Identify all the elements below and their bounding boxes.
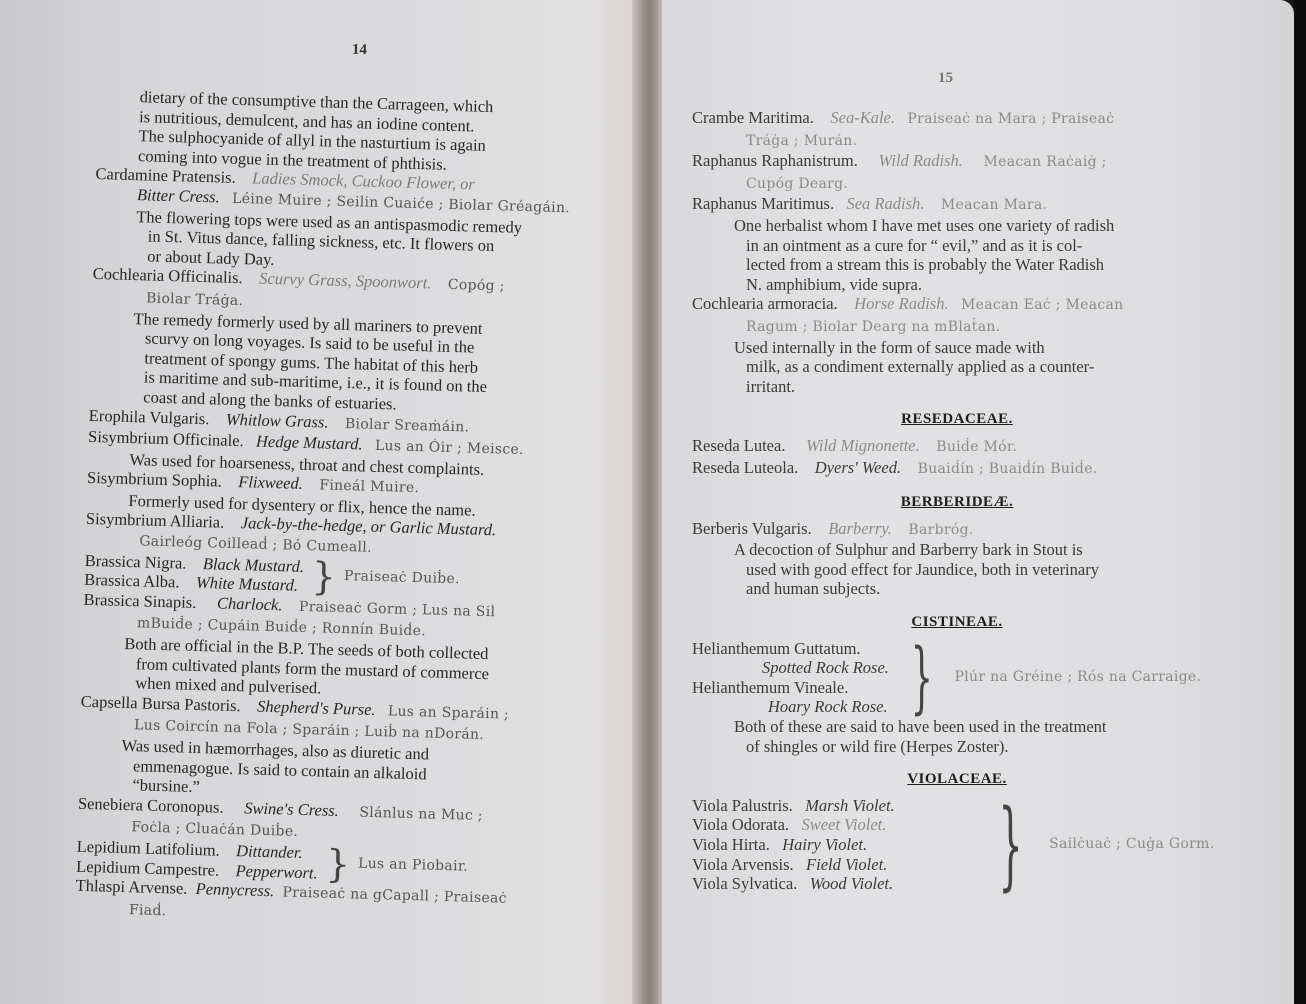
english-name: Horse Radish.	[854, 294, 948, 313]
english-name: Wood Violet.	[810, 874, 893, 893]
english-name: Sea-Kale.	[830, 108, 895, 127]
brace-icon: }	[907, 639, 937, 717]
english-name: Hedge Mustard.	[256, 432, 363, 454]
latin-name: Sisymbrium Sophia.	[87, 468, 222, 491]
note: and human subjects.	[692, 579, 1222, 599]
irish-name: Plúr na Gréine ; Rós na Carraige.	[955, 668, 1202, 688]
irish-name: Meacan Eaċ ; Meacan	[961, 297, 1124, 313]
brace-icon: }	[317, 844, 358, 883]
english-name: Marsh Violet.	[805, 796, 895, 815]
latin-name: Reseda Lutea.	[692, 436, 785, 455]
latin-name: Brassica Alba.	[84, 570, 180, 592]
english-name: Wild Radish.	[879, 151, 963, 170]
note: in an ointment as a cure for “ evil,” an…	[692, 236, 1222, 256]
latin-name: Viola Palustris.	[692, 796, 793, 815]
latin-name: Thlaspi Arvense.	[75, 876, 187, 898]
latin-name: Raphanus Raphanistrum.	[692, 151, 858, 170]
irish-name: Lus an Óir ; Meisce.	[375, 438, 524, 458]
english-name: Wild Mignonette.	[806, 436, 920, 455]
entry-cochlearia-officinalis: Cochlearia Officinalis. Scurvy Grass, Sp…	[89, 264, 618, 420]
latin-name: Brassica Nigra.	[84, 550, 186, 572]
open-book: 14 15 dietary of the consumptive than th…	[0, 0, 1306, 1004]
entry-cardamine: Cardamine Pratensis. Ladies Smock, Cucko…	[93, 164, 621, 279]
family-violaceae: VIOLACEAE. Viola Palustris. Marsh Violet…	[692, 770, 1222, 894]
irish-name: Praiseaċ na gCapall ; Praiseaċ	[282, 885, 507, 907]
entry-capsella: Capsella Bursa Pastoris. Shepherd's Purs…	[78, 692, 606, 809]
english-name: Sea Radish.	[846, 194, 924, 213]
family-heading: CISTINEAE.	[692, 613, 1222, 633]
latin-name: Viola Sylvatica.	[692, 874, 797, 893]
english-name: Dyers' Weed.	[815, 458, 901, 477]
latin-name: Viola Arvensis.	[692, 855, 794, 874]
english-name: White Mustard.	[196, 573, 299, 595]
english-name: Swine's Cress.	[244, 798, 339, 820]
irish-name: Slánlus na Muc ;	[359, 804, 483, 823]
english-name: Shepherd's Purse.	[257, 697, 376, 719]
page-number-right: 15	[938, 70, 953, 87]
latin-name: Cardamine Pratensis.	[95, 164, 236, 187]
irish-name: Meacan Mara.	[941, 197, 1047, 213]
irish-name: Ragum ; Biolar Dearg na mBlaṫan.	[746, 319, 1000, 335]
irish-name: Fineál Muire.	[319, 478, 419, 497]
irish-name: Buiḋe Mór.	[936, 439, 1017, 455]
family-heading: VIOLACEAE.	[692, 770, 1222, 790]
irish-name: Praiseaċ Duiḃe.	[344, 568, 460, 591]
entry-crambe: Crambe Maritima. Sea-Kale. Praiseaċ na M…	[692, 108, 1222, 151]
latin-name: Erophila Vulgaris.	[89, 405, 210, 427]
irish-name: Praiseaċ Gorm ; Lus na Sil	[299, 599, 496, 620]
irish-name: Tráġa ; Murán.	[746, 133, 857, 149]
family-resedaceae: RESEDACEAE. Reseda Lutea. Wild Mignonett…	[692, 410, 1222, 479]
brace-icon: }	[995, 797, 1026, 893]
latin-name: Helianthemum Guttatum.	[692, 639, 889, 659]
note: N. amphibium, vide supra.	[692, 275, 1222, 295]
english-name: Hairy Violet.	[782, 835, 867, 854]
irish-name: Biolar Tráġa.	[146, 290, 244, 309]
right-page-text: Crambe Maritima. Sea-Kale. Praiseaċ na M…	[692, 108, 1222, 894]
background-edge	[1294, 0, 1306, 1004]
english-name: Pennycress.	[195, 879, 274, 900]
note: Used internally in the form of sauce mad…	[692, 338, 1222, 358]
irish-name: Cupóg Dearg.	[746, 176, 848, 192]
brace-icon: }	[303, 557, 344, 596]
note: A decoction of Sulphur and Barberry bark…	[692, 540, 1222, 560]
entry-cochlearia-armoracia: Cochlearia armoracia. Horse Radish. Meac…	[692, 294, 1222, 396]
english-name: Scurvy Grass, Spoonwort.	[259, 269, 432, 293]
latin-name: Viola Odorata.	[692, 815, 789, 834]
page-number-left: 14	[352, 42, 367, 59]
irish-name: Copóg ;	[448, 277, 505, 295]
irish-name: Lus an Piobair.	[358, 854, 468, 877]
latin-name: Reseda Luteola.	[692, 458, 798, 477]
irish-name: Fiaḋ.	[129, 902, 167, 919]
family-berberideae: BERBERIDEÆ. Berberis Vulgaris. Barberry.…	[692, 493, 1222, 599]
irish-name: Sailċuaċ ; Cuġa Gorm.	[1049, 835, 1214, 855]
irish-name: Barbróg.	[908, 522, 973, 538]
english-name: Charlock.	[217, 593, 283, 614]
left-page-text: dietary of the consumptive than the Carr…	[75, 86, 623, 934]
latin-name: Cochlearia armoracia.	[692, 294, 838, 313]
english-name: Pepperwort.	[235, 861, 318, 882]
latin-name: Raphanus Maritimus.	[692, 194, 834, 213]
english-name: Hoary Rock Rose.	[692, 697, 889, 717]
english-name: Black Mustard.	[203, 554, 305, 576]
family-cistineae: CISTINEAE. Helianthemum Guttatum. Spotte…	[692, 613, 1222, 756]
irish-name: Biolar Sreaṁáin.	[345, 416, 470, 435]
irish-name: Buaiḋín ; Buaiḋín Buiḋe.	[918, 461, 1098, 477]
family-heading: BERBERIDEÆ.	[692, 493, 1222, 513]
note: irritant.	[692, 377, 1222, 397]
latin-name: Helianthemum Vineale.	[692, 678, 889, 698]
latin-name: Brassica Sinapis.	[83, 590, 196, 612]
note: Both of these are said to have been used…	[692, 717, 1222, 737]
english-name: Sweet Violet.	[801, 815, 886, 834]
english-name: Spotted Rock Rose.	[692, 658, 889, 678]
english-name: Flixweed.	[238, 472, 303, 493]
note: One herbalist whom I have met uses one v…	[692, 216, 1222, 236]
latin-name: Viola Hirta.	[692, 835, 770, 854]
latin-name: Cochlearia Officinalis.	[92, 264, 242, 287]
entry-raphanus-maritimus: Raphanus Maritimus. Sea Radish. Meacan M…	[692, 194, 1222, 294]
latin-name: Capsella Bursa Pastoris.	[81, 692, 241, 715]
irish-name: Meacan Raċaiġ ;	[984, 154, 1107, 170]
english-name: Bitter Cress.	[137, 185, 220, 206]
latin-name: Sisymbrium Officinale.	[88, 427, 244, 450]
book-spine	[632, 0, 664, 1004]
english-name: Field Violet.	[806, 855, 887, 874]
irish-name: Foċla ; Cluaċán Duiḃe.	[131, 820, 298, 841]
entry-raphanus-raphanistrum: Raphanus Raphanistrum. Wild Radish. Meac…	[692, 151, 1222, 194]
note: used with good effect for Jaundice, both…	[692, 560, 1222, 580]
latin-name: Crambe Maritima.	[692, 108, 814, 127]
english-name: Whitlow Grass.	[226, 409, 329, 431]
latin-name: Sisymbrium Alliaria.	[86, 509, 225, 532]
note: of shingles or wild fire (Herpes Zoster)…	[692, 737, 1222, 757]
family-heading: RESEDACEAE.	[692, 410, 1222, 430]
english-name: Barberry.	[828, 519, 892, 538]
note: lected from a stream this is probably th…	[692, 255, 1222, 275]
latin-name: Senebiera Coronopus.	[78, 794, 224, 817]
irish-name: Lus an Sparáin ;	[388, 703, 510, 722]
irish-name: Praiseaċ na Mara ; Praiseaċ	[907, 111, 1114, 127]
entry-brassica-sinapis: Brassica Sinapis. Charlock. Praiseaċ Gor…	[81, 590, 609, 707]
english-name: Dittander.	[236, 841, 303, 862]
note: milk, as a condiment externally applied …	[692, 357, 1222, 377]
latin-name: Berberis Vulgaris.	[692, 519, 812, 538]
